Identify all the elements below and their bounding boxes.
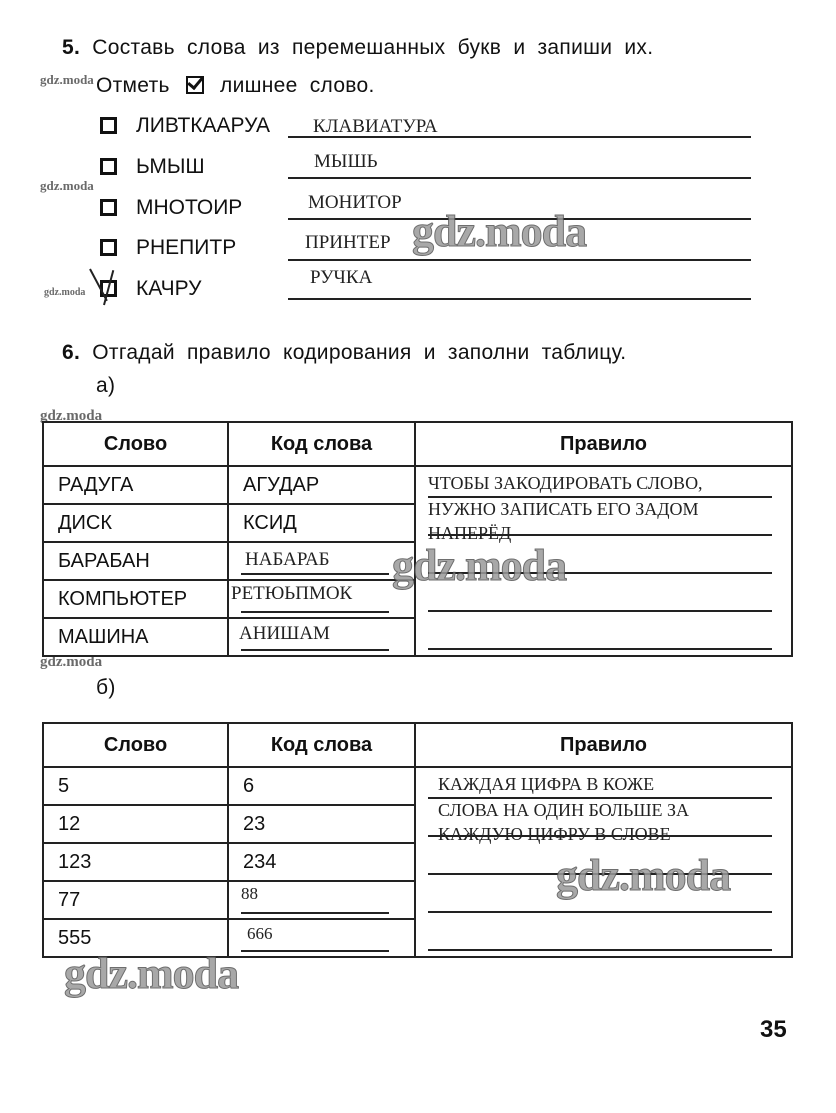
rule-line: СЛОВА НА ОДИН БОЛЬШЕ ЗА	[438, 800, 689, 821]
table-row: 5 6 КАЖДАЯ ЦИФРА В КОЖЕ СЛОВА НА ОДИН БО…	[43, 767, 792, 805]
watermark-large: gdz.moda	[412, 206, 586, 257]
answer-line	[428, 949, 772, 951]
handwritten-code: РЕТЮЬПМОК	[231, 583, 352, 605]
checkbox-item-4[interactable]	[100, 239, 117, 256]
code-cell: АНИШАМ	[228, 618, 415, 656]
checkbox-item-1[interactable]	[100, 117, 117, 134]
answer-line	[428, 496, 772, 498]
table-part-b: Слово Код слова Правило 5 6 КАЖДАЯ ЦИФРА…	[42, 722, 793, 958]
checked-box-icon	[186, 76, 204, 94]
scrambled-word: РНЕПИТР	[136, 236, 236, 260]
header-code: Код слова	[228, 422, 415, 466]
part-b-label: б)	[96, 676, 116, 700]
watermark-large: gdz.moda	[64, 948, 238, 999]
word-cell: МАШИНА	[43, 618, 228, 656]
handwritten-code: АНИШАМ	[239, 623, 330, 645]
word-cell: КОМПЬЮТЕР	[43, 580, 228, 618]
answer-line	[428, 610, 772, 612]
checkbox-item-3[interactable]	[100, 199, 117, 216]
header-code: Код слова	[228, 723, 415, 767]
header-word: Слово	[43, 723, 228, 767]
rule-line: КАЖДУЮ ЦИФРУ В СЛОВЕ	[438, 824, 671, 845]
rule-line: НУЖНО ЗАПИСАТЬ ЕГО ЗАДОМ	[428, 499, 699, 520]
answer-line	[288, 177, 751, 179]
header-rule: Правило	[415, 723, 792, 767]
watermark-large: gdz.moda	[392, 540, 566, 591]
handwritten-code: НАБАРАБ	[245, 549, 330, 571]
code-cell: 23	[228, 805, 415, 843]
code-cell: 666	[228, 919, 415, 957]
answer-line	[288, 136, 751, 138]
code-cell: 6	[228, 767, 415, 805]
task5-instruction-2: Отметь лишнее слово.	[96, 74, 375, 98]
instruction-prefix: Отметь	[96, 74, 170, 97]
watermark-small: gdz.moda	[40, 178, 94, 194]
task6-instruction-text: Отгадай правило кодирования и заполни та…	[92, 341, 626, 364]
part-a-label: а)	[96, 374, 115, 398]
word-cell: ДИСК	[43, 504, 228, 542]
answer-text: МЫШЬ	[314, 151, 378, 173]
watermark-large: gdz.moda	[556, 850, 730, 901]
code-cell: 88	[228, 881, 415, 919]
table-row: РАДУГА АГУДАР ЧТОБЫ ЗАКОДИРОВАТЬ СЛОВО, …	[43, 466, 792, 504]
answer-line	[241, 649, 389, 651]
handwritten-code: 88	[241, 884, 258, 904]
word-cell: 5	[43, 767, 228, 805]
checkbox-item-2[interactable]	[100, 158, 117, 175]
scrambled-word: ЬМЫШ	[136, 155, 205, 179]
instruction-suffix: лишнее слово.	[220, 74, 375, 97]
answer-line	[428, 911, 772, 913]
answer-line	[288, 259, 751, 261]
task5-instruction: 5. Составь слова из перемешанных букв и …	[62, 36, 653, 60]
scrambled-word: МНОТОИР	[136, 196, 242, 220]
task5-instruction-text: Составь слова из перемешанных букв и зап…	[92, 36, 653, 59]
rule-line: КАЖДАЯ ЦИФРА В КОЖЕ	[438, 774, 654, 795]
page-number: 35	[760, 1016, 787, 1044]
task6-instruction: 6. Отгадай правило кодирования и заполни…	[62, 341, 626, 365]
answer-text: КЛАВИАТУРА	[313, 116, 438, 138]
code-cell: 234	[228, 843, 415, 881]
answer-line	[241, 912, 389, 914]
answer-line	[241, 950, 389, 952]
answer-line	[288, 298, 751, 300]
word-cell: 123	[43, 843, 228, 881]
answer-line	[428, 648, 772, 650]
task5-number: 5.	[62, 36, 80, 59]
word-cell: РАДУГА	[43, 466, 228, 504]
header-rule: Правило	[415, 422, 792, 466]
rule-line: ЧТОБЫ ЗАКОДИРОВАТЬ СЛОВО,	[428, 473, 703, 494]
table-part-a: Слово Код слова Правило РАДУГА АГУДАР ЧТ…	[42, 421, 793, 657]
scrambled-word: ЛИВТКААРУА	[136, 114, 270, 138]
header-word: Слово	[43, 422, 228, 466]
word-cell: БАРАБАН	[43, 542, 228, 580]
watermark-small: gdz.moda	[44, 287, 85, 298]
task6-number: 6.	[62, 341, 80, 364]
code-cell: КСИД	[228, 504, 415, 542]
answer-line	[241, 573, 389, 575]
code-cell: АГУДАР	[228, 466, 415, 504]
answer-line	[241, 611, 389, 613]
code-cell: РЕТЮЬПМОК	[228, 580, 415, 618]
scrambled-word: КАЧРУ	[136, 277, 201, 301]
word-cell: 77	[43, 881, 228, 919]
code-cell: НАБАРАБ	[228, 542, 415, 580]
answer-line	[428, 797, 772, 799]
answer-text: РУЧКА	[310, 267, 372, 289]
answer-text: ПРИНТЕР	[305, 232, 391, 254]
watermark-small: gdz.moda	[40, 72, 94, 88]
handwritten-code: 666	[247, 924, 273, 944]
answer-text: МОНИТОР	[308, 192, 402, 214]
word-cell: 12	[43, 805, 228, 843]
